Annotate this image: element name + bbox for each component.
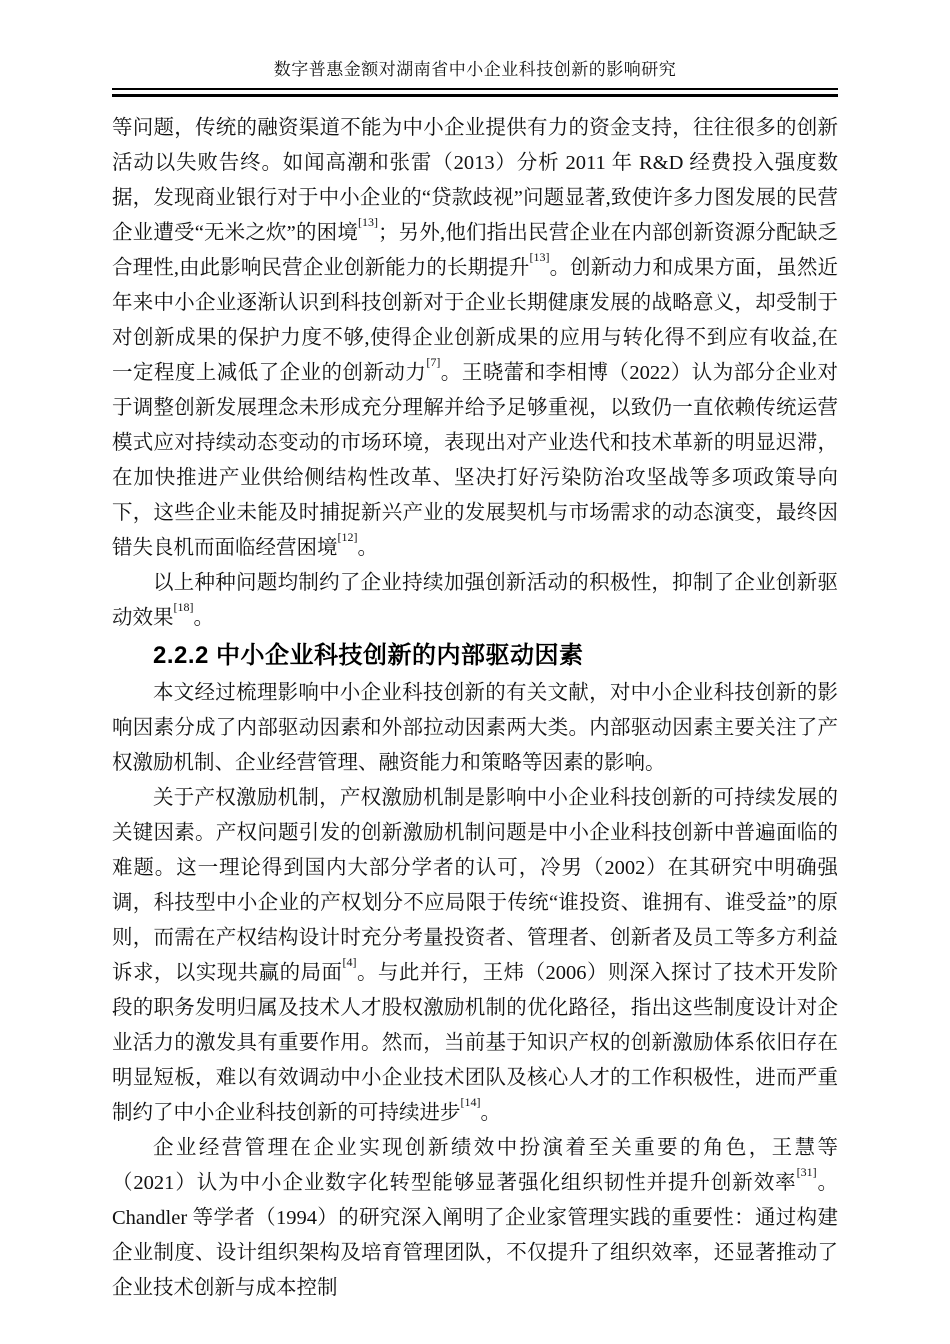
citation-superscript: [31] [797,1165,817,1179]
section-heading: 2.2.2 中小企业科技创新的内部驱动因素 [112,637,838,675]
paragraph: 企业经营管理在企业实现创新绩效中扮演着至关重要的角色，王慧等（2021）认为中小… [112,1131,838,1306]
paragraph: 关于产权激励机制，产权激励机制是影响中小企业科技创新的可持续发展的关键因素。产权… [112,781,838,1131]
paragraph: 等问题，传统的融资渠道不能为中小企业提供有力的资金支持，往往很多的创新活动以失败… [112,111,838,566]
document-body: 等问题，传统的融资渠道不能为中小企业提供有力的资金支持，往往很多的创新活动以失败… [112,111,838,1306]
page: 数字普惠金额对湖南省中小企业科技创新的影响研究 等问题，传统的融资渠道不能为中小… [0,0,950,1344]
page-number: 7 [471,1244,479,1261]
citation-superscript: [18] [174,600,194,614]
citation-superscript: [4] [343,955,357,969]
citation-superscript: [14] [461,1095,481,1109]
citation-superscript: [12] [338,530,358,544]
citation-superscript: [7] [426,355,440,369]
citation-superscript: [13] [358,215,378,229]
citation-superscript: [13] [529,250,549,264]
paragraph: 本文经过梳理影响中小企业科技创新的有关文献，对中小企业科技创新的影响因素分成了内… [112,676,838,781]
page-footer: 7 [0,1242,950,1264]
header-rule-thick [112,94,838,97]
paragraph: 以上种种问题均制约了企业持续加强创新活动的积极性，抑制了企业创新驱动效果[18]… [112,566,838,636]
page-header: 数字普惠金额对湖南省中小企业科技创新的影响研究 [112,0,838,97]
header-rule [112,88,838,97]
running-title: 数字普惠金额对湖南省中小企业科技创新的影响研究 [112,0,838,82]
